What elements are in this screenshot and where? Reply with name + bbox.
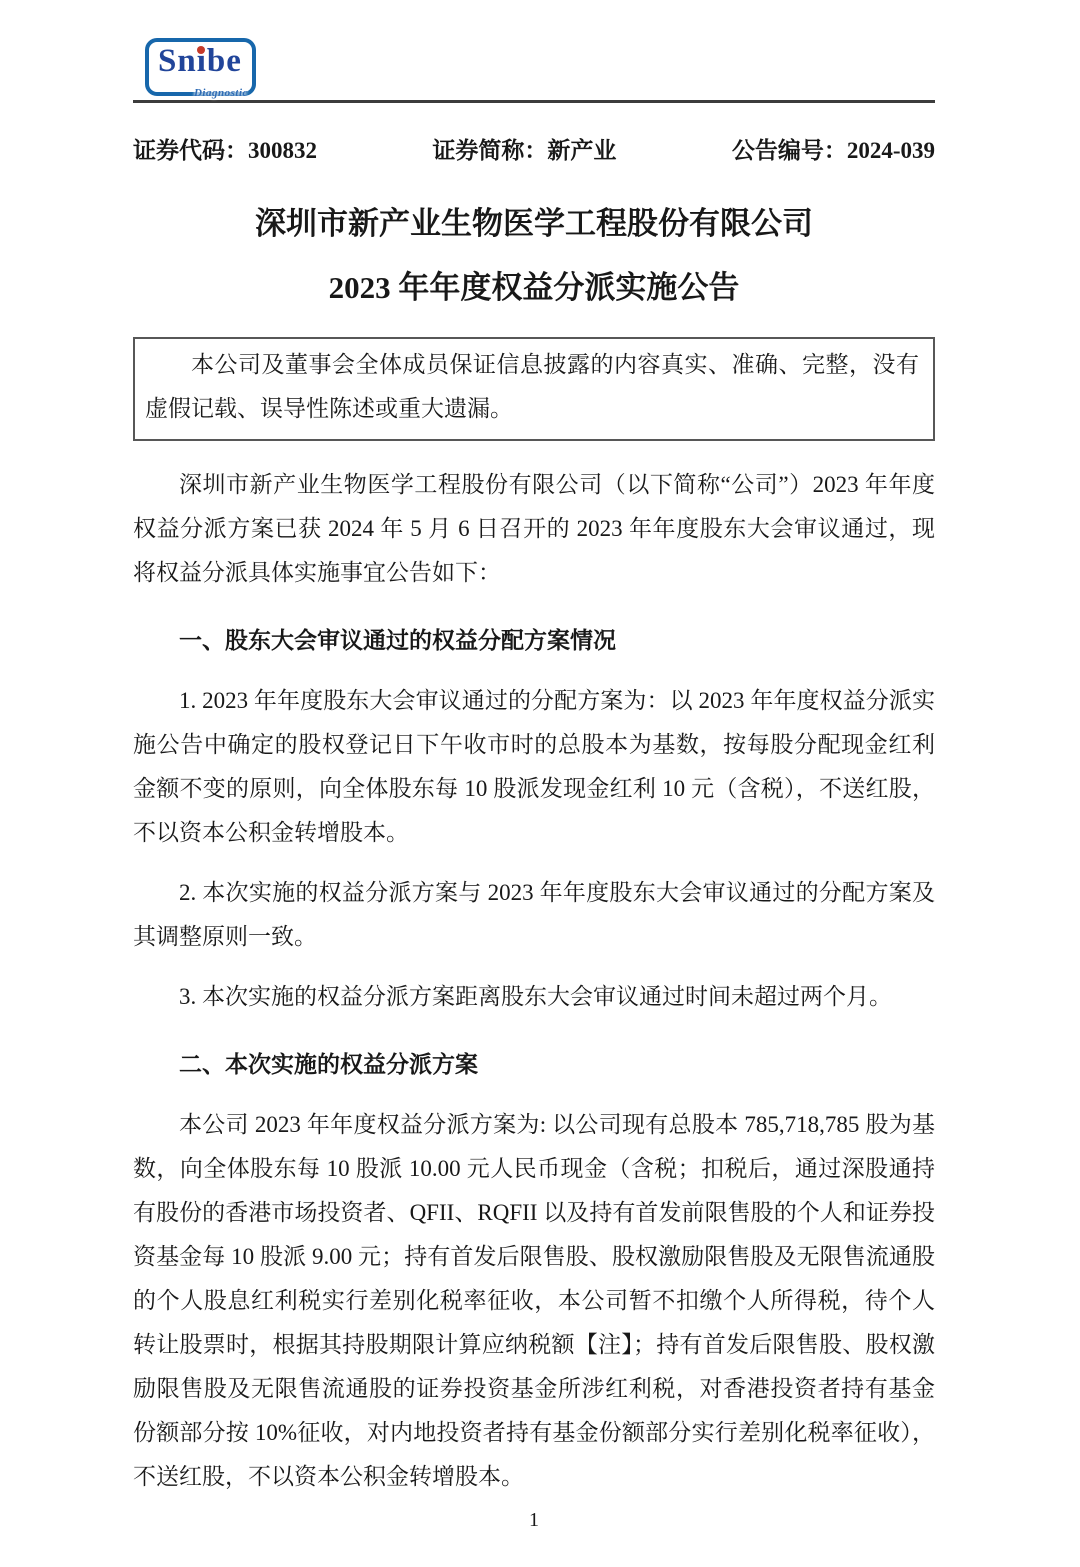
disclaimer-text: 本公司及董事会全体成员保证信息披露的内容真实、准确、完整，没有虚假记载、误导性陈… [145, 343, 919, 431]
logo-brand-part1: Sn [158, 43, 197, 79]
section1-item-2: 2. 本次实施的权益分派方案与 2023 年年度股东大会审议通过的分配方案及其调… [133, 871, 935, 959]
announcement-number: 公告编号：2024-039 [732, 129, 935, 173]
disclaimer-box: 本公司及董事会全体成员保证信息披露的内容真实、准确、完整，没有虚假记载、误导性陈… [133, 337, 935, 441]
logo-brand-part2: be [207, 43, 242, 79]
logo-brand-i-red-dot: i [197, 43, 207, 79]
announcement-number-label: 公告编号： [732, 138, 847, 163]
stock-code-label: 证券代码： [133, 138, 248, 163]
document-title-line1: 深圳市新产业生物医学工程股份有限公司 [133, 205, 935, 243]
header-divider [133, 100, 935, 103]
stock-name: 证券简称：新产业 [432, 129, 616, 173]
logo-subtitle: Diagnostic [194, 86, 248, 100]
section2-body-paragraph: 本公司 2023 年年度权益分派方案为: 以公司现有总股本 785,718,78… [133, 1103, 935, 1499]
stock-code-value: 300832 [248, 138, 317, 163]
intro-paragraph: 深圳市新产业生物医学工程股份有限公司（以下简称“公司”）2023 年年度权益分派… [133, 463, 935, 595]
section1-item-1: 1. 2023 年年度股东大会审议通过的分配方案为：以 2023 年年度权益分派… [133, 679, 935, 855]
logo-brand-text: Snibe [158, 43, 242, 79]
section1-item-3: 3. 本次实施的权益分派方案距离股东大会审议通过时间未超过两个月。 [133, 975, 935, 1019]
stock-name-label: 证券简称： [432, 138, 547, 163]
section1-heading: 一、股东大会审议通过的权益分配方案情况 [133, 619, 935, 663]
security-meta-row: 证券代码：300832 证券简称：新产业 公告编号：2024-039 [133, 129, 935, 173]
logo-row: Snibe Diagnostic [133, 38, 935, 94]
document-title-line2: 2023 年年度权益分派实施公告 [133, 269, 935, 307]
announcement-page: Snibe Diagnostic 证券代码：300832 证券简称：新产业 公告… [0, 0, 1080, 1567]
page-number: 1 [133, 1507, 935, 1533]
stock-code: 证券代码：300832 [133, 129, 317, 173]
snibe-logo: Snibe Diagnostic [145, 38, 256, 96]
section2-heading: 二、本次实施的权益分派方案 [133, 1043, 935, 1087]
stock-name-value: 新产业 [547, 138, 616, 163]
announcement-number-value: 2024-039 [847, 138, 935, 163]
